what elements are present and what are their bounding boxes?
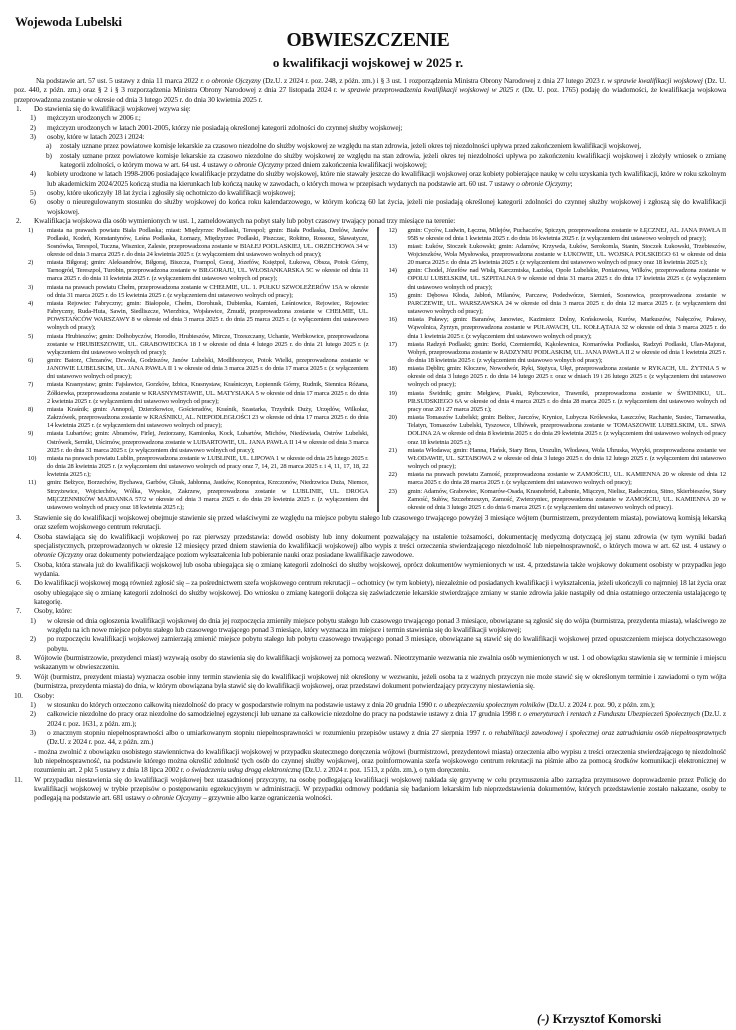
location-item: 22)miasta na prawach powiatu Zamość, prz… xyxy=(389,471,727,487)
list-item: 2)mężczyzn urodzonych w latach 2001-2005… xyxy=(14,123,726,132)
section-2: 2. Kwalifikacja wojskowa dla osób wymien… xyxy=(14,216,726,225)
location-item: 20)miasta Tomaszów Lubelski; gmin: Bełże… xyxy=(389,414,727,447)
section-9: 9.Wójt (burmistrz, prezydent miasta) wyz… xyxy=(14,672,726,691)
exemption-paragraph: - można zwolnić z obowiązku osobistego s… xyxy=(14,747,726,775)
section-6: 6.Do kwalifikacji wojskowej mogą również… xyxy=(14,578,726,606)
location-item: 5)miasta Hrubieszów; gmin: Dołhobyczów, … xyxy=(28,333,369,357)
location-item: 15)gmin: Dębowa Kłoda, Jabłoń, Milanów, … xyxy=(389,292,727,316)
location-item: 7)miasta Krasnystaw; gmin: Fajsławice, G… xyxy=(28,381,369,405)
location-item: 3)miasta na prawach powiatu Chełm, przep… xyxy=(28,284,369,300)
list-item: 6)osoby o nieuregulowanym stosunku do sł… xyxy=(14,197,726,216)
locations-left-column: 1)miasta na prawach powiatu Biała Podlas… xyxy=(28,227,379,512)
section-10: 10.Osoby: xyxy=(14,691,726,700)
locations-right-column: 12)gmin: Cyców, Ludwin, Łęczna, Milejów,… xyxy=(379,227,727,512)
location-item: 18)miasta Dęblin; gmin: Kłoczew, Nowodwó… xyxy=(389,365,727,389)
list-item: 3)o znacznym stopniu niepełnosprawności … xyxy=(14,728,726,747)
document-subtitle: o kwalifikacji wojskowej w 2025 r. xyxy=(0,55,736,71)
section-3: 3.Stawienie się do kwalifikacji wojskowe… xyxy=(14,513,726,532)
list-item: 4)kobiety urodzone w latach 1998-2006 po… xyxy=(14,169,726,188)
location-item: 13)miast: Łuków, Stoczek Łukowski; gmin:… xyxy=(389,243,727,267)
section-8: 8.Wójtowie (burmistrzowie, prezydenci mi… xyxy=(14,653,726,672)
location-item: 1)miasta na prawach powiatu Biała Podlas… xyxy=(28,227,369,260)
intro-paragraph: Na podstawie art. 57 ust. 5 ustawy z dni… xyxy=(14,76,726,104)
location-item: 17)miasta Radzyń Podlaski; gmin: Borki, … xyxy=(389,341,727,365)
document-page: Wojewoda Lubelski OBWIESZCZENIE o kwalif… xyxy=(0,0,736,1030)
location-item: 4)miasta Rejowiec Fabryczny; gmin: Biało… xyxy=(28,300,369,333)
locations-table: 1)miasta na prawach powiatu Biała Podlas… xyxy=(14,227,726,512)
location-item: 21)miasta Włodawa; gmin: Hanna, Hańsk, S… xyxy=(389,447,727,471)
location-item: 23)gmin: Adamów, Grabowiec, Komarów-Osad… xyxy=(389,488,727,512)
location-item: 8)miasta Kraśnik; gmin: Annopol, Dzierzk… xyxy=(28,406,369,430)
location-item: 12)gmin: Cyców, Ludwin, Łęczna, Milejów,… xyxy=(389,227,727,243)
list-item: 1)w okresie od dnia ogłoszenia kwalifika… xyxy=(14,616,726,635)
location-item: 10)miasta na prawach powiatu Lublin, prz… xyxy=(28,455,369,479)
list-item: 1)mężczyzn urodzonych w 2006 r.; xyxy=(14,113,726,122)
location-item: 6)gmin: Batorz, Chrzanów, Dzwola, Godzis… xyxy=(28,357,369,381)
section-4: 4.Osoba stawiająca się do kwalifikacji w… xyxy=(14,532,726,560)
list-item: 2)po rozpoczęciu kwalifikacji wojskowej … xyxy=(14,634,726,653)
location-item: 16)miasta Puławy; gmin: Baranów, Janowie… xyxy=(389,316,727,340)
document-title: OBWIESZCZENIE xyxy=(0,30,736,52)
list-item: b)zostały uznane przez powiatowe komisje… xyxy=(14,151,726,170)
list-item: 2)całkowicie niezdolne do pracy oraz nie… xyxy=(14,709,726,728)
location-item: 2)miasta Biłgoraj; gmin: Aleksandrów, Bi… xyxy=(28,259,369,283)
location-item: 19)miasta Świdnik; gmin: Mełgiew, Piaski… xyxy=(389,390,727,414)
location-item: 14)gmin: Chodel, Józefów nad Wisłą, Karc… xyxy=(389,267,727,291)
signature: (-) Krzysztof Komorski xyxy=(537,1012,661,1027)
list-item: 1)w stosunku do których orzeczono całkow… xyxy=(14,700,726,709)
section-7: 7.Osoby, które: xyxy=(14,606,726,615)
section-1: 1. Do stawienia się do kwalifikacji wojs… xyxy=(14,104,726,113)
location-item: 11)gmin: Bełżyce, Borzechów, Bychawa, Ga… xyxy=(28,479,369,512)
list-item: 5)osoby, które ukończyły 18 lat życia i … xyxy=(14,188,726,197)
document-body: Na podstawie art. 57 ust. 5 ustawy z dni… xyxy=(14,76,726,803)
section-5: 5.Osoba, która stawała już do kwalifikac… xyxy=(14,560,726,579)
list-item: a)zostały uznane przez powiatowe komisje… xyxy=(14,141,726,150)
issuer: Wojewoda Lubelski xyxy=(15,14,122,30)
list-item: 3)osoby, które w latach 2023 i 2024: xyxy=(14,132,726,141)
section-11: 11.W przypadku niestawienia się do kwali… xyxy=(14,775,726,803)
location-item: 9)miasta Lubartów; gmin: Abramów, Firlej… xyxy=(28,430,369,454)
